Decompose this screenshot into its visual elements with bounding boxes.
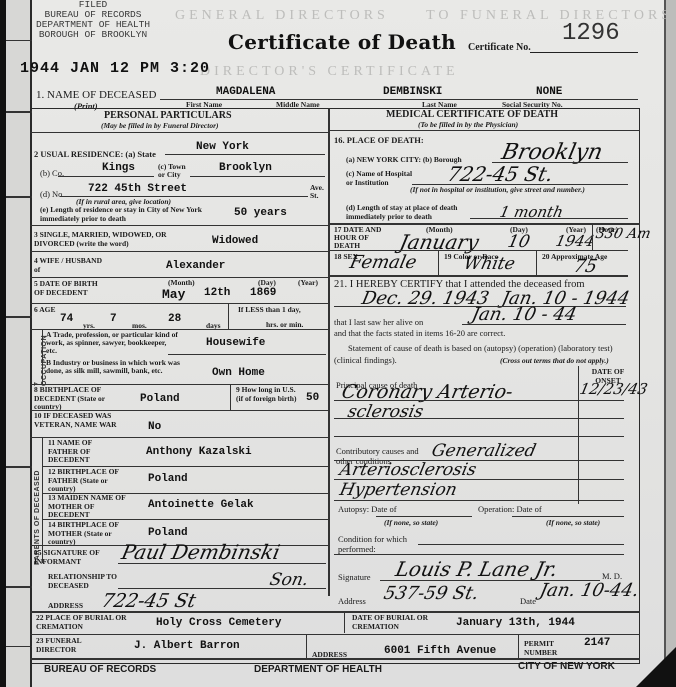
divider: [30, 634, 640, 635]
first-name-value: MAGDALENA: [216, 86, 275, 98]
funeral-address-value: 6001 Fifth Avenue: [384, 645, 496, 657]
cross-out-note: (Cross out terms that do not apply.): [500, 356, 609, 365]
approx-age-value: 75: [572, 256, 599, 277]
cause-line: [334, 500, 624, 501]
informant-address-value: 722-45 St: [100, 590, 198, 612]
parents-side-label: PARENTS OF DECEASED: [34, 440, 41, 565]
street-value: 722 45th Street: [88, 183, 187, 195]
father-value: Anthony Kazalski: [146, 446, 252, 458]
medical-subheading: (To be filled in by the Physician): [418, 120, 518, 129]
funeral-director-value: J. Albert Barron: [134, 640, 240, 652]
burial-place-value: Holy Cross Cemetery: [156, 617, 281, 629]
trade-label: A Trade, profession, or particular kind …: [46, 331, 178, 355]
contributory-line-1: Generalized: [430, 441, 538, 461]
physician-address-value: 537-59 St.: [382, 583, 481, 604]
death-year-value: 1944: [554, 232, 596, 250]
onset-value: 12/23/43: [578, 380, 649, 398]
us-years-label: 9 How long in U.S. (if of foreign birth): [236, 386, 300, 403]
age-years-value: 74: [60, 313, 73, 325]
burial-place-label: 22 PLACE OF BURIAL OR CREMATION: [36, 614, 146, 631]
onset-divider: [578, 366, 579, 504]
trade-line: [168, 354, 326, 355]
bleed-through-text: DIRECTOR'S CERTIFICATE: [200, 64, 459, 80]
last-saw-label: that I last saw her alive on: [334, 317, 423, 327]
divider: [230, 384, 231, 410]
birthplace-label: 8 BIRTHPLACE OF DECEDENT (State or count…: [34, 386, 114, 412]
time-stamp: 1944 JAN 12 PM 3:20: [20, 60, 210, 77]
death-certificate: GENERAL DIRECTORS TO FUNERAL DIRECTORS D…: [0, 0, 676, 687]
hospital-label: (c) Name of Hospital or Institution: [346, 170, 418, 187]
town-line: [190, 176, 325, 177]
physician-signature: Louis P. Lane Jr.: [393, 557, 559, 581]
cause-line: [334, 400, 624, 401]
color-value: White: [462, 254, 517, 274]
divider: [592, 224, 593, 250]
spouse-label: 4 WIFE / HUSBAND of: [34, 257, 104, 274]
divider: [30, 303, 328, 304]
length-label: (e) Length of residence or stay in City …: [40, 206, 210, 223]
binding-tab: [6, 197, 32, 317]
contributory-line-2: Arteriosclerosis: [338, 460, 478, 480]
binding-tab: [6, 587, 32, 647]
cause-line: [334, 418, 624, 419]
birth-month-value: May: [162, 287, 185, 302]
father-birth-value: Poland: [148, 473, 188, 485]
father-birth-label: 12 BIRTHPLACE OF FATHER (State or countr…: [48, 468, 124, 494]
cause-line: [334, 436, 624, 437]
informant-line: [118, 563, 326, 564]
birth-year-label: (Year): [298, 278, 318, 287]
spouse-value: Alexander: [166, 260, 225, 272]
industry-value: Own Home: [212, 367, 265, 379]
autopsy-none-note: (If none, so state): [384, 518, 438, 527]
divider: [306, 634, 307, 658]
trade-value: Housewife: [206, 337, 265, 349]
operation-none-note: (If none, so state): [546, 518, 600, 527]
informant-signature: Paul Dembinski: [119, 540, 282, 564]
divider: [438, 250, 439, 275]
page-corner: [636, 647, 676, 687]
veteran-label: 10 IF DECEASED WAS VETERAN, NAME WAR: [34, 412, 124, 429]
divider: [328, 250, 628, 251]
burial-date-value: January 13th, 1944: [456, 617, 575, 629]
certificate-title: Certificate of Death: [228, 30, 456, 54]
personal-heading: PERSONAL PARTICULARS: [104, 110, 232, 121]
autopsy-line: [376, 516, 472, 517]
binding-tab: [6, 317, 32, 467]
certificate-number-line: [530, 52, 638, 53]
ssn-value: NONE: [536, 86, 562, 98]
divider: [328, 275, 628, 277]
contributory-line-3: Hypertension: [338, 480, 459, 500]
birth-day-value: 12th: [204, 287, 230, 299]
hrs-min-label: hrs. or min.: [266, 320, 303, 329]
physician-date-value: Jan. 10-44.: [538, 580, 641, 601]
number-label: (d) No.: [40, 189, 65, 199]
state-value: New York: [196, 141, 249, 153]
informant-label: 15 SIGNATURE OF INFORMANT: [34, 549, 126, 566]
operation-line: [512, 516, 624, 517]
marital-value: Widowed: [212, 235, 258, 247]
informant-address-label: ADDRESS: [48, 601, 83, 610]
operation-label: Operation: Date of: [478, 504, 550, 514]
filed-stamp: FILED BUREAU OF RECORDS DEPARTMENT OF HE…: [36, 0, 150, 40]
divider: [30, 225, 328, 226]
mother-birth-label: 14 BIRTHPLACE OF MOTHER (State or countr…: [48, 521, 128, 547]
less-than-day-label: If LESS than 1 day,: [238, 305, 301, 314]
divider: [536, 250, 537, 275]
county-value: Kings: [102, 162, 135, 174]
county-line: [58, 176, 154, 177]
borough-label: (a) NEW YORK CITY: (b) Borough: [346, 155, 462, 164]
last-name-value: DEMBINSKI: [383, 86, 442, 98]
personal-subheading: (May be filled in by Funeral Director): [101, 121, 219, 130]
mother-label: 13 MAIDEN NAME OF MOTHER OF DECEDENT: [48, 494, 128, 520]
industry-label: B Industry or business in which work was…: [46, 359, 186, 375]
divider: [518, 634, 519, 658]
divider: [30, 658, 640, 660]
birth-label: 5 DATE OF BIRTH OF DECEDENT: [34, 280, 104, 297]
stay-line: [470, 218, 628, 219]
binding-strip: [0, 0, 32, 687]
binding-tab: [6, 467, 32, 587]
birth-year-value: 1869: [250, 287, 276, 299]
stay-label: (d) Length of stay at place of death imm…: [346, 204, 476, 221]
binding-tab: [6, 112, 32, 197]
name-label: 1. NAME OF DECEASED: [36, 89, 156, 101]
condition-label: Condition for which performed:: [338, 534, 424, 554]
death-date-label: 17 DATE AND HOUR OF DEATH: [334, 226, 390, 250]
physician-address-label: Address: [338, 596, 366, 606]
veteran-value: No: [148, 421, 161, 433]
divider: [328, 130, 640, 131]
certificate-number: 1296: [562, 20, 620, 47]
divider: [30, 251, 328, 252]
length-value: 50 years: [234, 207, 287, 219]
ave-st-label: Ave. St.: [310, 184, 326, 200]
sex-value: Female: [348, 252, 419, 273]
condition-line-2: [334, 554, 624, 555]
name-line: [160, 99, 638, 100]
footer-city: CITY OF NEW YORK: [518, 661, 615, 672]
hospital-value: 722-45 St.: [445, 162, 555, 186]
filed-stamp-line: BOROUGH OF BROOKLYN: [36, 30, 150, 40]
autopsy-label: Autopsy: Date of: [338, 504, 410, 514]
column-divider: [328, 108, 330, 596]
last-saw-line: [462, 324, 626, 325]
state-line: [165, 154, 325, 155]
principal-cause-line-2: sclerosis: [346, 402, 425, 422]
physician-date-label: Date: [520, 596, 536, 606]
divider: [228, 303, 229, 329]
footer-bureau: BUREAU OF RECORDS: [44, 664, 156, 675]
us-years-value: 50: [306, 392, 319, 404]
town-label: (c) Town or City: [158, 163, 194, 179]
funeral-director-label: 23 FUNERAL DIRECTOR: [36, 637, 116, 654]
divider: [42, 329, 43, 384]
divider: [30, 132, 328, 133]
birthplace-value: Poland: [140, 393, 180, 405]
place-of-death-label: 16. PLACE OF DEATH:: [334, 135, 424, 145]
age-days-value: 28: [168, 313, 181, 325]
relationship-value: Son.: [268, 570, 310, 590]
residence-label: 2 USUAL RESIDENCE: (a) State: [34, 149, 156, 159]
condition-line: [418, 544, 624, 545]
last-saw-value: Jan. 10 - 44: [470, 304, 579, 325]
physician-signature-label: Signature: [338, 572, 371, 582]
footer-department: DEPARTMENT OF HEALTH: [254, 664, 382, 675]
birth-day-label: (Day): [258, 278, 276, 287]
town-value: Brooklyn: [219, 162, 272, 174]
relationship-line: [118, 588, 326, 589]
age-months-value: 7: [110, 313, 117, 325]
permit-value: 2147: [584, 637, 610, 649]
age-label: 6 AGE: [34, 305, 55, 314]
hospital-note: (If not in hospital or institution, give…: [410, 185, 585, 194]
marital-label: 3 SINGLE, MARRIED, WIDOWED, OR DIVORCED …: [34, 231, 184, 248]
death-hour-value: 330 Am: [594, 226, 652, 242]
birth-month-label: (Month): [168, 278, 195, 287]
page-right-edge: [664, 0, 676, 687]
facts-label: and that the facts stated in items 16-20…: [334, 328, 505, 338]
divider: [344, 611, 345, 633]
mother-value: Antoinette Gelak: [148, 499, 254, 511]
certificate-number-label: Certificate No.: [468, 42, 531, 53]
mother-birth-value: Poland: [148, 527, 188, 539]
death-day-value: 10: [506, 232, 532, 252]
permit-label: PERMIT NUMBER: [524, 640, 568, 657]
father-label: 11 NAME OF FATHER OF DECEDENT: [48, 439, 116, 465]
medical-heading: MEDICAL CERTIFICATE OF DEATH: [386, 109, 558, 120]
burial-date-label: DATE OF BURIAL OR CREMATION: [352, 614, 438, 631]
